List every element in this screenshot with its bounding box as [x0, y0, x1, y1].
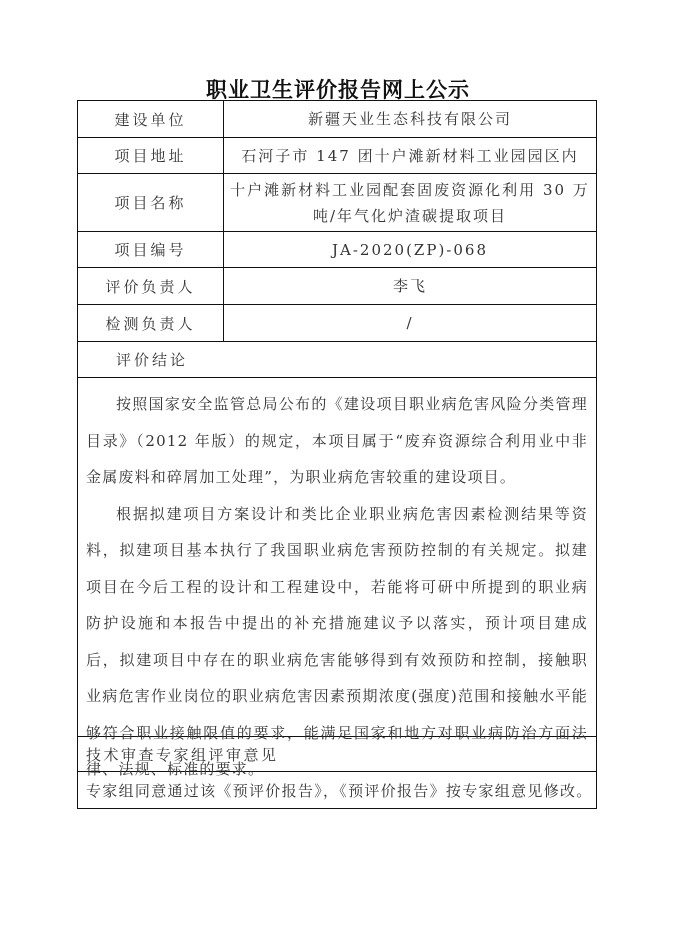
row-review-heading: 技术审查专家组评审意见	[78, 737, 596, 772]
value-project-name: 十户滩新材料工业园配套固废资源化利用 30 万吨/年气化炉渣碳提取项目	[224, 174, 596, 231]
row-construction-unit: 建设单位 新疆天业生态科技有限公司	[78, 101, 596, 138]
info-table: 建设单位 新疆天业生态科技有限公司 项目地址 石河子市 147 团十户滩新材料工…	[77, 100, 597, 809]
row-project-address: 项目地址 石河子市 147 团十户滩新材料工业园园区内	[78, 138, 596, 174]
value-construction-unit: 新疆天业生态科技有限公司	[224, 101, 596, 137]
value-evaluation-lead: 李飞	[224, 268, 596, 304]
row-testing-lead: 检测负责人 /	[78, 305, 596, 342]
value-testing-lead: /	[224, 305, 596, 341]
value-project-number: JA-2020(ZP)-068	[224, 232, 596, 267]
label-project-name: 项目名称	[78, 174, 224, 231]
row-conclusion-heading: 评价结论	[78, 342, 596, 378]
label-testing-lead: 检测负责人	[78, 305, 224, 341]
review-opinion: 专家组同意通过该《预评价报告》，《预评价报告》按专家组意见修改。	[78, 772, 596, 808]
value-project-address: 石河子市 147 团十户滩新材料工业园园区内	[224, 138, 596, 173]
row-evaluation-lead: 评价负责人 李飞	[78, 268, 596, 305]
conclusion-heading: 评价结论	[78, 342, 596, 377]
review-heading: 技术审查专家组评审意见	[78, 737, 596, 771]
label-project-address: 项目地址	[78, 138, 224, 173]
conclusion-paragraph: 按照国家安全监管总局公布的《建设项目职业病危害风险分类管理目录》（2012 年版…	[86, 386, 588, 496]
label-project-number: 项目编号	[78, 232, 224, 267]
row-conclusion-body: 按照国家安全监管总局公布的《建设项目职业病危害风险分类管理目录》（2012 年版…	[78, 378, 596, 737]
label-construction-unit: 建设单位	[78, 101, 224, 137]
label-evaluation-lead: 评价负责人	[78, 268, 224, 304]
conclusion-body: 按照国家安全监管总局公布的《建设项目职业病危害风险分类管理目录》（2012 年版…	[78, 378, 596, 736]
row-project-number: 项目编号 JA-2020(ZP)-068	[78, 232, 596, 268]
row-review-opinion: 专家组同意通过该《预评价报告》，《预评价报告》按专家组意见修改。	[78, 772, 596, 808]
row-project-name: 项目名称 十户滩新材料工业园配套固废资源化利用 30 万吨/年气化炉渣碳提取项目	[78, 174, 596, 232]
